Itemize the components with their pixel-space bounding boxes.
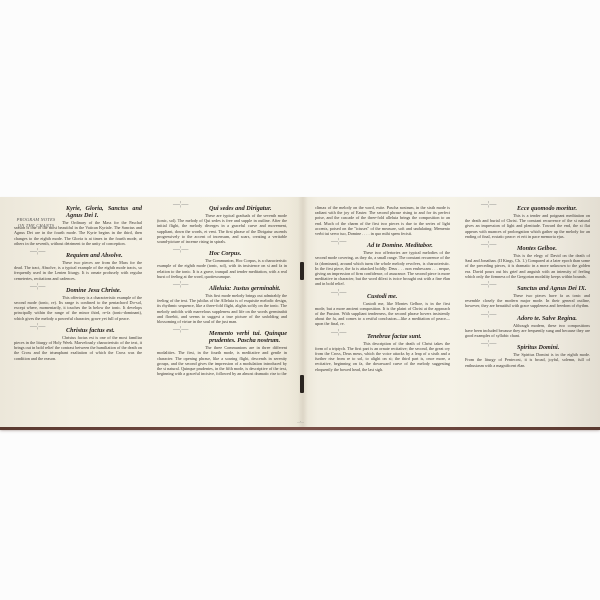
section-body: Custodi me, like Montes Gelboe, is in th… [315, 301, 450, 327]
cross-ornament-icon: —¦— [30, 249, 45, 254]
cross-ornament-icon: —¦— [331, 330, 346, 335]
column-3: climax of the melody on the word, exite.… [315, 205, 450, 378]
section-body: This description of the death of Christ … [315, 341, 450, 372]
cross-ornament-icon: —¦— [30, 284, 45, 289]
section-qui-sedes: —¦— Qui sedes and Dirigatur. These are t… [157, 205, 287, 244]
section-body: The Ordinary of the Mass for the Paschal… [14, 220, 142, 246]
section-body: Christus factus est is one of the most f… [14, 335, 142, 361]
section-kyrie: Kyrie, Gloria, Sanctus and Agnus Dei I. … [14, 205, 142, 246]
column-4: —¦— Ecce quomodo moritur. This is a tend… [465, 205, 590, 374]
section-body: The Communion, Hoc Corpus, is a characte… [157, 258, 287, 279]
section-body: The Spiritus Domini is in the eighth mod… [465, 352, 590, 368]
cross-ornament-icon: —¦— [173, 247, 188, 252]
section-christus-factus: —¦— Christus factus est. Christus factus… [14, 327, 142, 361]
section-custodi-me: —¦— Custodi me. Custodi me, like Montes … [315, 293, 450, 327]
cross-ornament-icon: —¦— [173, 202, 188, 207]
section-spiritus-domini: —¦— Spiritus Domini. The Spiritus Domini… [465, 344, 590, 368]
cross-ornament-icon: —¦— [481, 242, 496, 247]
section-body: These two pieces have fa as tonic and re… [465, 293, 590, 309]
cross-ornament-icon: —¦— [481, 312, 496, 317]
section-continuation: climax of the melody on the word, exite.… [315, 205, 450, 236]
section-heading: Kyrie, Gloria, Sanctus and Agnus Dei I. [14, 205, 142, 219]
section-body: These are typical graduals of the sevent… [157, 213, 287, 244]
section-body: This is a tender and poignant meditation… [465, 213, 590, 239]
section-ad-te-domine: —¦— Ad te Domine. Meditabor. These two o… [315, 242, 450, 286]
cross-ornament-icon: —¦— [481, 202, 496, 207]
section-body: This is the elegy of David on the death … [465, 253, 590, 279]
section-sanctus-agnus-ix: —¦— Sanctus and Agnus Dei IX. These two … [465, 285, 590, 309]
cross-ornament-icon: —¦— [30, 324, 45, 329]
cross-ornament-icon: —¦— [481, 341, 496, 346]
staple-top [300, 262, 304, 280]
section-adoro-te: —¦— Adoro te. Salve Regina. Although mod… [465, 315, 590, 339]
staple-bottom [300, 375, 304, 393]
section-body: climax of the melody on the word, exite.… [315, 205, 450, 236]
cross-ornament-icon: —¦— [173, 327, 188, 332]
section-memento: —¦— Memento verbi tui. Quinque prudentes… [157, 330, 287, 376]
column-1: PROGRAM NOTES ON THE CHANTS Kyrie, Glori… [14, 205, 142, 367]
cross-ornament-icon: —¦— [331, 239, 346, 244]
section-body: The three Communions are in three differ… [157, 345, 287, 376]
cross-ornament-icon: —¦— [173, 282, 188, 287]
section-body: These two offertories are typical melodi… [315, 250, 450, 286]
section-requiem: —¦— Requiem and Absolve. These two piece… [14, 252, 142, 281]
section-body: This offertory is a characteristic examp… [14, 295, 142, 321]
folio-mark: —•— [297, 420, 304, 424]
section-body: Although modern, these two compositions … [465, 323, 590, 339]
section-alleluia-justus: —¦— Alleluia: Justus germinabit. This fi… [157, 285, 287, 324]
section-body: These two pieces are from the Mass for t… [14, 260, 142, 281]
column-2: —¦— Qui sedes and Dirigatur. These are t… [157, 205, 287, 382]
section-body: This first mode melody brings out admira… [157, 293, 287, 324]
section-ecce-quomodo: —¦— Ecce quomodo moritur. This is a tend… [465, 205, 590, 239]
section-domine-jesu: —¦— Domine Jesu Christe. This offertory … [14, 287, 142, 321]
open-booklet: —•— PROGRAM NOTES ON THE CHANTS Kyrie, G… [0, 197, 600, 427]
cross-ornament-icon: —¦— [331, 290, 346, 295]
section-montes-gelboe: —¦— Montes Gelboe. This is the elegy of … [465, 245, 590, 279]
cross-ornament-icon: —¦— [481, 282, 496, 287]
section-hoc-corpus: —¦— Hoc Corpus. The Communion, Hoc Corpu… [157, 250, 287, 279]
section-tenebrae: —¦— Tenebrae factae sunt. This descripti… [315, 333, 450, 372]
